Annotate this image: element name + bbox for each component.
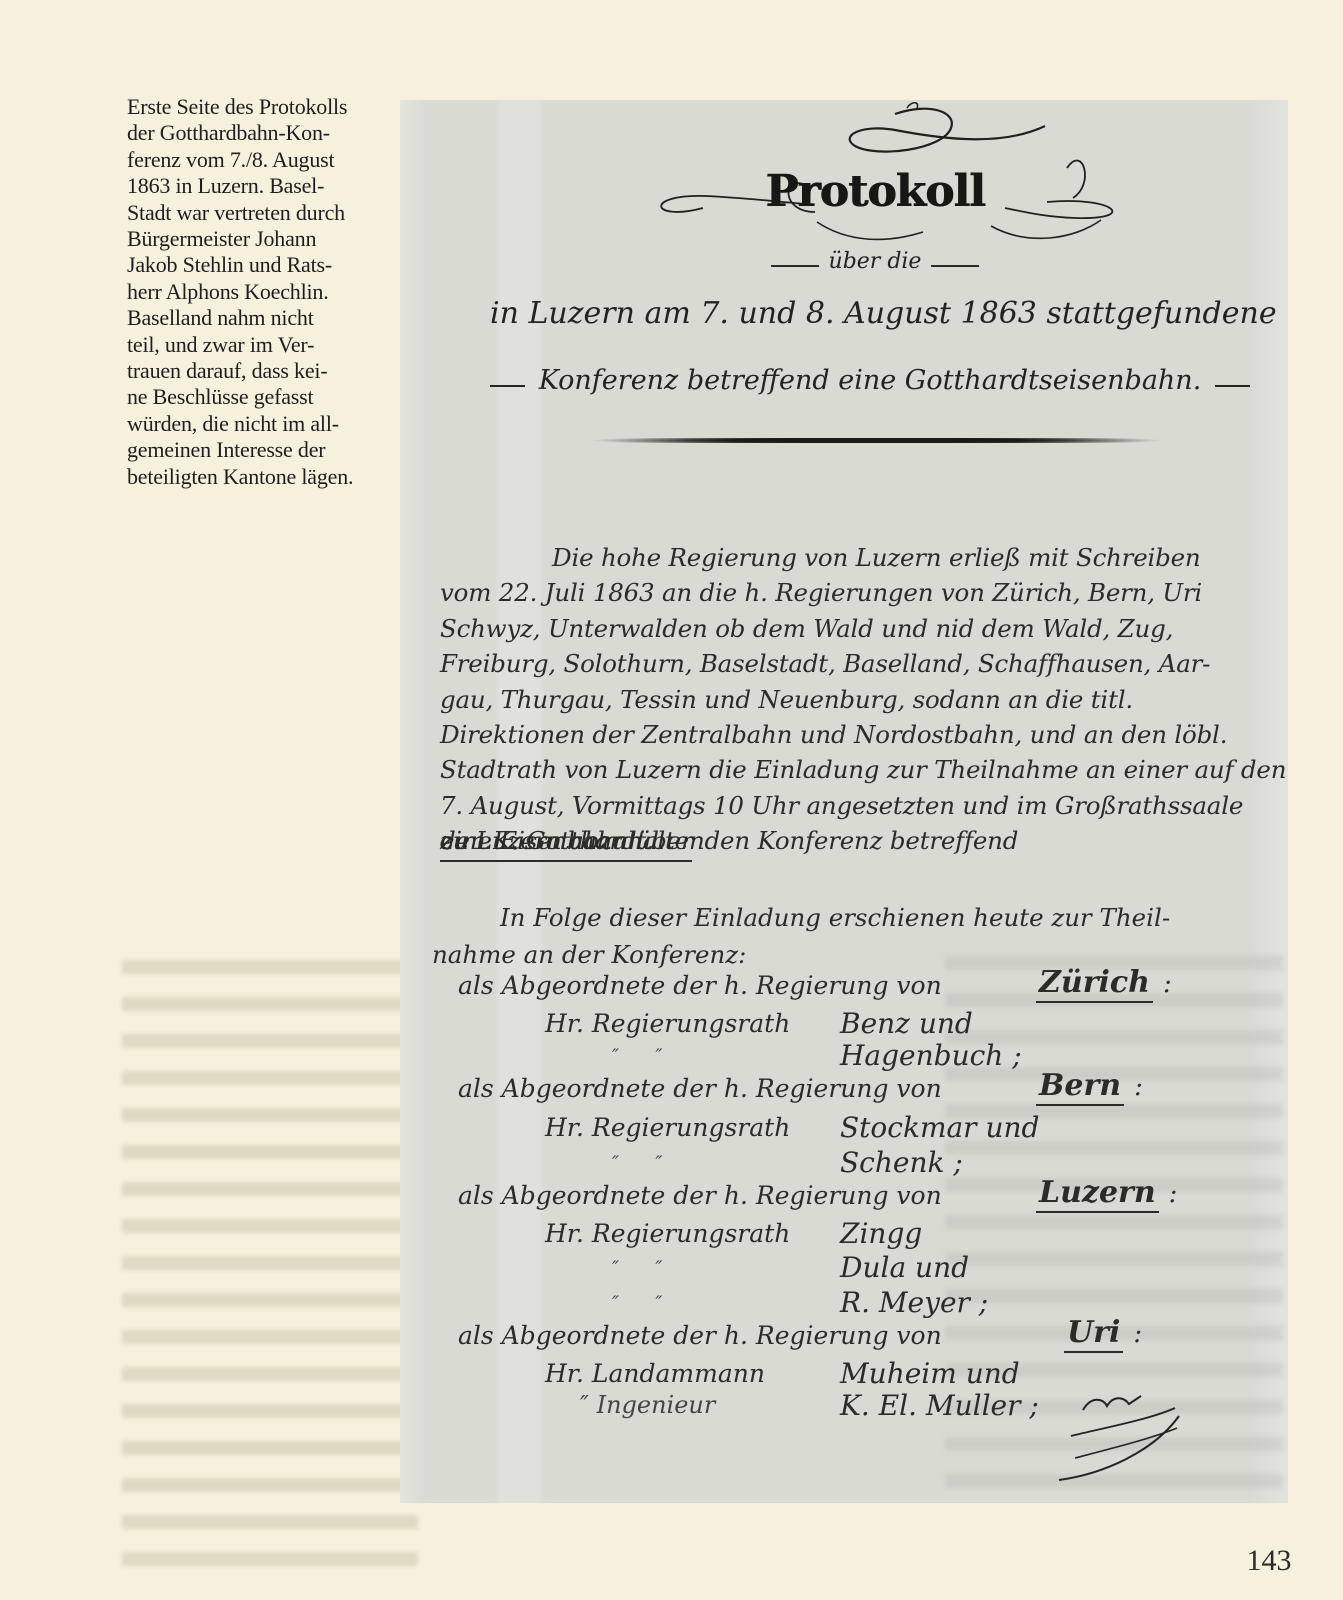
canton-name: Bern:: [1036, 1068, 1143, 1103]
document-title: Protokoll: [675, 166, 1075, 217]
caption-line: teil, und zwar im Ver-: [127, 332, 385, 358]
body-line: Die hohe Regierung von Luzern erließ mit…: [440, 540, 1255, 575]
delegation-intro-text: als Abgeordnete der h. Regierung von: [458, 1321, 942, 1350]
delegate-title: ″ Ingenieur: [580, 1391, 715, 1419]
body-line: 7. August, Vormittags 10 Uhr angesetzten…: [440, 788, 1255, 823]
invitation-paragraph: In Folge dieser Einladung erschienen heu…: [432, 899, 1247, 973]
caption-line: Stadt war vertreten durch: [127, 200, 385, 226]
delegate-name: Benz und: [840, 1007, 973, 1040]
delegation-intro-text: als Abgeordnete der h. Regierung von: [458, 1074, 942, 1103]
caption-line: 1863 in Luzern. Basel-: [127, 173, 385, 199]
underlined-phrase: den K. Gotthardt.: [440, 823, 654, 861]
body-paragraph: Die hohe Regierung von Luzern erließ mit…: [440, 540, 1255, 823]
caption-line: Baselland nahm nicht: [127, 305, 385, 331]
margin-caption: Erste Seite des Protokolls der Gotthardb…: [127, 94, 385, 490]
body-line: Schwyz, Unterwalden ob dem Wald und nid …: [440, 611, 1255, 646]
page-number: 143: [1238, 1544, 1300, 1578]
delegation-intro-uri: als Abgeordnete der h. Regierung von Uri…: [400, 1321, 1288, 1361]
body-line: Direktionen der Zentralbahn und Nordostb…: [440, 717, 1255, 752]
ditto-marks: ″ ″: [612, 1045, 662, 1067]
dash-rule: [931, 265, 979, 267]
caption-line: der Gotthardbahn-Kon-: [127, 120, 385, 146]
scanned-protocol-document: Protokoll über die in Luzern am 7. und 8…: [400, 100, 1288, 1503]
caption-line: Bürgermeister Johann: [127, 226, 385, 252]
canton-name: Zürich:: [1036, 965, 1172, 1000]
caption-line: ne Beschlüsse gefasst: [127, 384, 385, 410]
delegate-name: Dula und: [840, 1251, 969, 1284]
caption-line: trauen darauf, dass kei-: [127, 358, 385, 384]
ditto-marks: ″ ″: [612, 1152, 662, 1174]
caption-line: beteiligten Kantone lägen.: [127, 464, 385, 490]
delegation-intro-zurich: als Abgeordnete der h. Regierung von Zür…: [400, 971, 1288, 1011]
delegate-row: ″ ″ R. Meyer ;: [400, 1286, 1288, 1322]
caption-line: herr Alphons Koechlin.: [127, 279, 385, 305]
delegate-row: ″ ″ Hagenbuch ;: [400, 1039, 1288, 1075]
body-line: gau, Thurgau, Tessin und Neuenburg, soda…: [440, 682, 1255, 717]
body-line: vom 22. Juli 1863 an die h. Regierungen …: [440, 575, 1255, 610]
heading-line-1: in Luzern am 7. und 8. August 1863 statt…: [490, 296, 1260, 331]
delegate-name: R. Meyer ;: [840, 1286, 988, 1319]
delegate-title: Hr. Landammann: [545, 1359, 765, 1388]
body-line: In Folge dieser Einladung erschienen heu…: [432, 899, 1247, 936]
delegate-title: Hr. Regierungsrath: [545, 1113, 790, 1142]
document-subtitle: über die: [829, 249, 922, 274]
caption-line: Jakob Stehlin und Rats-: [127, 252, 385, 278]
delegation-intro-luzern: als Abgeordnete der h. Regierung von Luz…: [400, 1181, 1288, 1221]
book-page: { "page": { "number": "143", "bg_color":…: [0, 0, 1343, 1600]
delegate-title: Hr. Regierungsrath: [545, 1219, 790, 1248]
body-line: Stadtrath von Luzern die Einladung zur T…: [440, 752, 1255, 787]
caption-line: gemeinen Interesse der: [127, 437, 385, 463]
delegate-name: Muheim und: [840, 1357, 1020, 1390]
delegation-intro-text: als Abgeordnete der h. Regierung von: [458, 971, 942, 1000]
canton-name: Luzern:: [1036, 1175, 1177, 1210]
delegation-intro-bern: als Abgeordnete der h. Regierung von Ber…: [400, 1074, 1288, 1114]
dash-rule: [1215, 385, 1250, 387]
caption-line: ferenz vom 7./8. August: [127, 147, 385, 173]
body-line: Freiburg, Solothurn, Baselstadt, Basella…: [440, 646, 1255, 681]
delegate-row: Hr. Regierungsrath Zingg: [400, 1217, 1288, 1253]
heading-line-2: Konferenz betreffend eine Gotthardtseise…: [539, 365, 1202, 396]
delegate-row: ″ ″ Dula und: [400, 1251, 1288, 1287]
delegate-name: K. El. Muller ;: [840, 1389, 1039, 1422]
heading-line-2-row: Konferenz betreffend eine Gotthardtseise…: [490, 362, 1250, 398]
delegate-row: Hr. Regierungsrath Benz und: [400, 1007, 1288, 1043]
delegate-name: Stockmar und: [840, 1111, 1039, 1144]
delegate-name: Schenk ;: [840, 1146, 963, 1179]
ditto-marks: ″ ″: [612, 1292, 662, 1314]
dash-rule: [490, 385, 525, 387]
delegate-name: Zingg: [840, 1217, 922, 1250]
delegation-intro-text: als Abgeordnete der h. Regierung von: [458, 1181, 942, 1210]
caption-line: würden, die nicht im all-: [127, 411, 385, 437]
bleed-through-text-left: [122, 952, 418, 1570]
document-subtitle-row: über die: [765, 246, 985, 276]
caption-line: Erste Seite des Protokolls: [127, 94, 385, 120]
tapered-divider-rule: [592, 438, 1162, 443]
canton-name: Uri:: [1064, 1315, 1142, 1350]
delegate-name: Hagenbuch ;: [840, 1039, 1022, 1072]
delegate-title: Hr. Regierungsrath: [545, 1009, 790, 1038]
ditto-marks: ″ ″: [612, 1257, 662, 1279]
delegate-row: Hr. Regierungsrath Stockmar und: [400, 1111, 1288, 1147]
dash-rule: [771, 265, 819, 267]
signature-flourish-icon: [1052, 1372, 1184, 1502]
